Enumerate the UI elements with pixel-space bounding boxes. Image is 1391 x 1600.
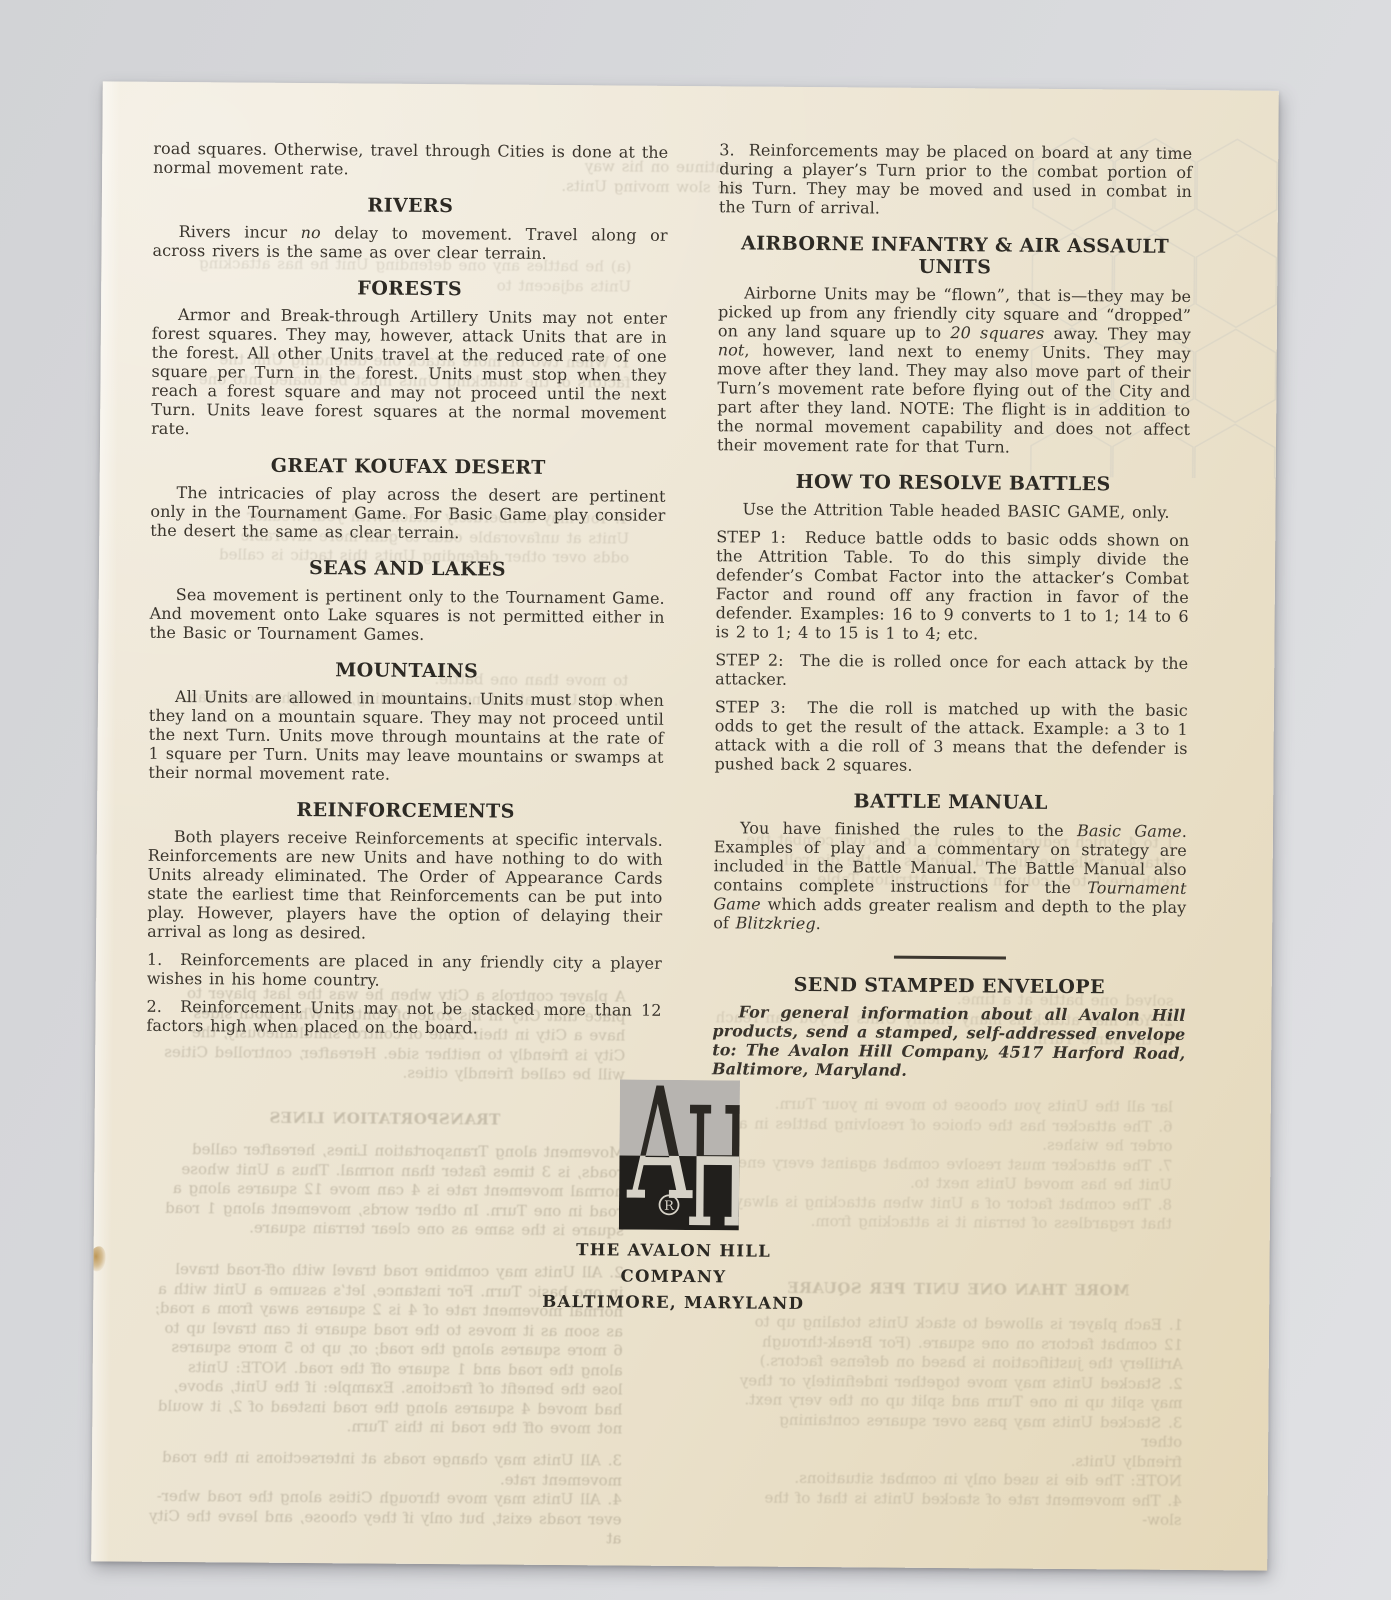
paper-page: continue on his waythe slow moving Units… (91, 81, 1279, 1570)
bleedthrough-text: lar all the Units you choose to move in … (714, 1094, 1173, 1234)
paragraph: 2. Reinforcement Units may not be stacke… (146, 997, 661, 1039)
text-run: All Units are allowed in mountains. Unit… (148, 687, 664, 784)
section-divider (893, 956, 1005, 960)
paragraph: Sea movement is pertinent only to the To… (149, 585, 664, 646)
section-heading: SEAS AND LAKES (150, 556, 665, 582)
paragraph: 3. Reinforcements may be placed on board… (719, 140, 1193, 220)
section-heading: RIVERS (153, 193, 668, 219)
text-run: You have finished the rules to the (740, 818, 1077, 840)
section-heading: HOW TO RESOLVE BATTLES (717, 470, 1190, 496)
text-run: not (718, 340, 745, 359)
text-run: Armor and Break-through Artillery Units … (151, 305, 667, 438)
paragraph: STEP 1: Reduce battle odds to basic odds… (715, 527, 1189, 645)
text-run: Use the Attrition Table headed BASIC GAM… (742, 499, 1169, 521)
section-heading: REINFORCEMENTS (148, 798, 663, 824)
paper-stain (91, 1246, 105, 1271)
section-heading: AIRBORNE INFANTRY & AIR ASSAULT UNITS (718, 232, 1191, 280)
text-run: no (301, 223, 321, 242)
paragraph: You have finished the rules to the Basic… (713, 818, 1187, 936)
bleedthrough-text: 3. All Units may change roads at interse… (141, 1448, 622, 1549)
text-run: 2. Reinforcement Units may not be stacke… (146, 997, 661, 1038)
text-run: STEP 1: Reduce battle odds to basic odds… (715, 527, 1189, 643)
section-heading: GREAT KOUFAX DESERT (151, 454, 666, 480)
paragraph: For general information about all Avalon… (712, 1002, 1186, 1082)
bleedthrough-text: 1. Each player is allowed to stack Units… (731, 1312, 1183, 1530)
text-run: Blitzkrieg (736, 913, 816, 933)
text-run: For general information about all Avalon… (712, 1002, 1186, 1079)
section-heading: BATTLE MANUAL (714, 789, 1187, 815)
section-heading: SEND STAMPED ENVELOPE (713, 973, 1186, 999)
photo-background: { "colors":{ "backdrop_gray":"#d8d9dc", … (0, 0, 1391, 1600)
text-run: The intricacies of play across the deser… (150, 483, 665, 542)
paragraph: Both players receive Reinforcements at s… (147, 827, 663, 945)
paragraph: Rivers incur no delay to movement. Trave… (152, 222, 667, 264)
right-column: 3. Reinforcements may be placed on board… (712, 140, 1192, 1082)
svg-text:R: R (664, 1199, 675, 1214)
text-run: road squares. Otherwise, travel through … (153, 139, 668, 179)
left-column: road squares. Otherwise, travel through … (146, 139, 668, 1039)
paragraph: road squares. Otherwise, travel through … (153, 139, 668, 181)
company-city: BALTIMORE, MARYLAND (523, 1289, 823, 1317)
bleedthrough-text: TRANSPORTATION LINES (145, 1108, 625, 1131)
paragraph: The intricacies of play across the deser… (150, 483, 665, 544)
text-run: Sea movement is pertinent only to the To… (149, 585, 664, 644)
bleedthrough-layer: continue on his waythe slow moving Units… (103, 81, 1279, 90)
text-run: 20 squares (950, 323, 1044, 343)
text-run: , however, land next to enemy Units. The… (717, 340, 1191, 456)
section-heading: MOUNTAINS (149, 658, 664, 684)
text-run: . (816, 914, 821, 933)
text-run: 1. Reinforcements are placed in any frie… (147, 950, 662, 990)
paragraph: All Units are allowed in mountains. Unit… (148, 687, 664, 786)
text-run: away. They may (1044, 324, 1191, 344)
paragraph: Airborne Units may be “flown”, that is—t… (717, 283, 1191, 458)
company-imprint: THE AVALON HILL COMPANY BALTIMORE, MARYL… (523, 1237, 824, 1317)
text-run: STEP 2: The die is rolled once for each … (715, 650, 1188, 689)
paragraph: STEP 3: The die roll is matched up with … (714, 697, 1188, 777)
section-heading: FORESTS (152, 276, 667, 302)
paragraph: Use the Attrition Table headed BASIC GAM… (716, 499, 1189, 522)
text-run: 3. Reinforcements may be placed on board… (719, 140, 1193, 217)
paragraph: 1. Reinforcements are placed in any frie… (147, 950, 662, 992)
text-run: Both players receive Reinforcements at s… (147, 827, 663, 943)
paragraph: Armor and Break-through Artillery Units … (151, 305, 667, 442)
bleedthrough-text: Movement along Transportation Lines, her… (144, 1140, 625, 1241)
text-run: Rivers incur (179, 222, 301, 242)
text-run: STEP 3: The die roll is matched up with … (714, 697, 1188, 775)
avalon-hill-logo: A H A H R (619, 1079, 740, 1230)
text-run: Basic Game (1077, 821, 1182, 841)
paragraph: STEP 2: The die is rolled once for each … (715, 650, 1188, 692)
company-name: THE AVALON HILL COMPANY (523, 1237, 823, 1291)
